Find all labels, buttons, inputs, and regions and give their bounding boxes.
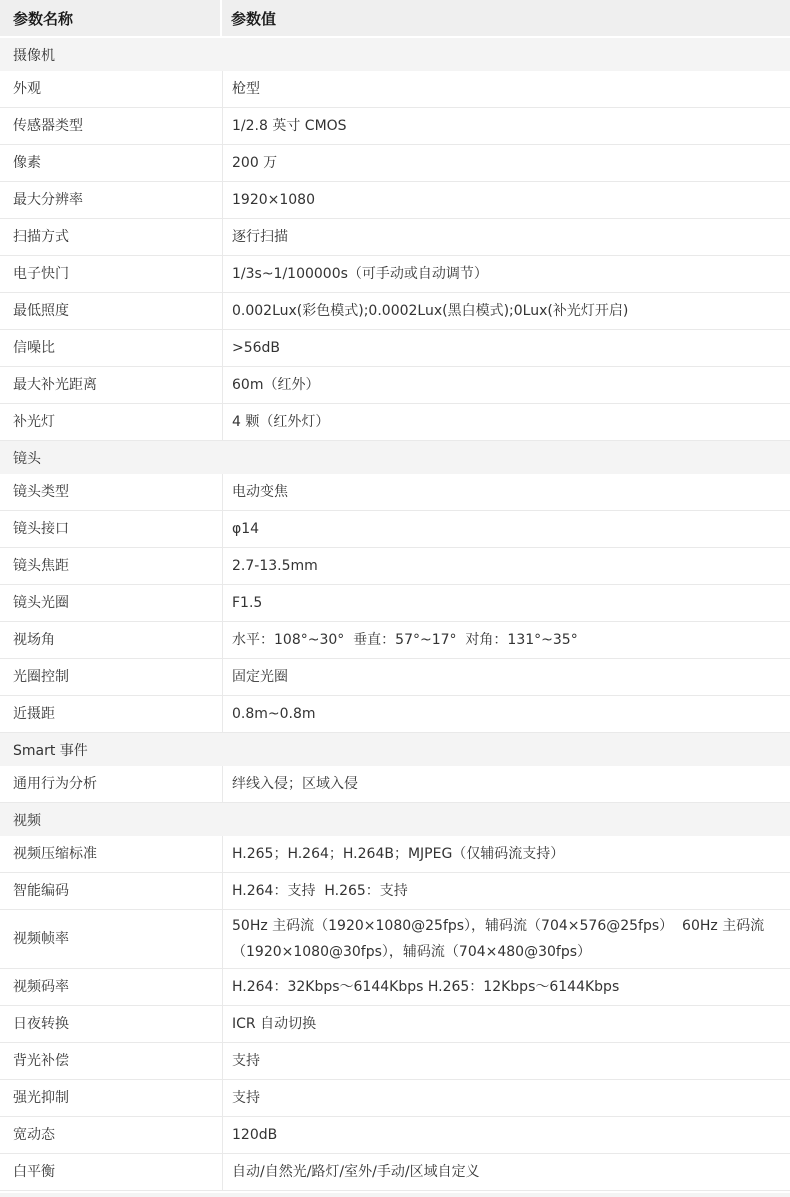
- table-row: 传感器类型1/2.8 英寸 CMOS: [0, 108, 790, 145]
- table-row: 信噪比>56dB: [0, 330, 790, 367]
- param-name-cell: 镜头类型: [0, 474, 222, 510]
- param-value-cell: 电动变焦: [222, 474, 790, 510]
- param-value-cell: H.264：32Kbps～6144Kbps H.265：12Kbps～6144K…: [222, 969, 790, 1005]
- table-body: 摄像机外观枪型传感器类型1/2.8 英寸 CMOS像素200 万最大分辨率192…: [0, 38, 790, 1191]
- param-name-cell: 信噪比: [0, 330, 222, 366]
- param-name-cell: 最低照度: [0, 293, 222, 329]
- param-value-cell: φ14: [222, 511, 790, 547]
- column-header-param-value: 参数值: [222, 0, 790, 36]
- param-name-cell: 视频码率: [0, 969, 222, 1005]
- table-row: 最低照度0.002Lux(彩色模式);0.0002Lux(黑白模式);0Lux(…: [0, 293, 790, 330]
- table-row: 视频码率H.264：32Kbps～6144Kbps H.265：12Kbps～6…: [0, 969, 790, 1006]
- column-header-param-name: 参数名称: [0, 0, 220, 36]
- param-value-cell: 0.8m~0.8m: [222, 696, 790, 732]
- param-name-cell: 外观: [0, 71, 222, 107]
- param-name-cell: 补光灯: [0, 404, 222, 440]
- param-value-cell: 自动/自然光/路灯/室外/手动/区域自定义: [222, 1154, 790, 1190]
- table-row: 视频帧率50Hz 主码流（1920×1080@25fps），辅码流（704×57…: [0, 910, 790, 969]
- param-name-cell: 光圈控制: [0, 659, 222, 695]
- param-value-cell: 1/3s~1/100000s（可手动或自动调节）: [222, 256, 790, 292]
- param-value-cell: 1/2.8 英寸 CMOS: [222, 108, 790, 144]
- param-value-cell: 支持: [222, 1043, 790, 1079]
- param-name-cell: 视频压缩标准: [0, 836, 222, 872]
- param-value-cell: H.264：支持 H.265：支持: [222, 873, 790, 909]
- table-row: 视场角水平：108°~30° 垂直：57°~17° 对角：131°~35°: [0, 622, 790, 659]
- param-value-cell: 50Hz 主码流（1920×1080@25fps），辅码流（704×576@25…: [222, 910, 790, 968]
- param-name-cell: 最大补光距离: [0, 367, 222, 403]
- table-header-row: 参数名称 参数值: [0, 0, 790, 36]
- table-row: 电子快门1/3s~1/100000s（可手动或自动调节）: [0, 256, 790, 293]
- table-row: 最大补光距离60m（红外）: [0, 367, 790, 404]
- table-row: 镜头光圈F1.5: [0, 585, 790, 622]
- table-row: 扫描方式逐行扫描: [0, 219, 790, 256]
- param-value-cell: 逐行扫描: [222, 219, 790, 255]
- param-name-cell: 镜头接口: [0, 511, 222, 547]
- param-value-cell: 枪型: [222, 71, 790, 107]
- param-value-cell: 固定光圈: [222, 659, 790, 695]
- param-value-cell: ICR 自动切换: [222, 1006, 790, 1042]
- table-row: 背光补偿支持: [0, 1043, 790, 1080]
- param-value-cell: 120dB: [222, 1117, 790, 1153]
- table-row: 像素200 万: [0, 145, 790, 182]
- param-name-cell: 近摄距: [0, 696, 222, 732]
- param-value-cell: 4 颗（红外灯）: [222, 404, 790, 440]
- table-row: 光圈控制固定光圈: [0, 659, 790, 696]
- table-row: 外观枪型: [0, 71, 790, 108]
- spec-table: 参数名称 参数值 摄像机外观枪型传感器类型1/2.8 英寸 CMOS像素200 …: [0, 0, 790, 1197]
- table-row: 智能编码H.264：支持 H.265：支持: [0, 873, 790, 910]
- param-name-cell: 日夜转换: [0, 1006, 222, 1042]
- param-value-cell: 1920×1080: [222, 182, 790, 218]
- param-value-cell: 60m（红外）: [222, 367, 790, 403]
- param-name-cell: 最大分辨率: [0, 182, 222, 218]
- table-row: 镜头类型电动变焦: [0, 474, 790, 511]
- section-header: 摄像机: [0, 38, 790, 71]
- param-name-cell: 宽动态: [0, 1117, 222, 1153]
- table-row: 镜头接口φ14: [0, 511, 790, 548]
- section-header: 镜头: [0, 441, 790, 474]
- truncated-next-section-band: [0, 1193, 790, 1197]
- param-name-cell: 背光补偿: [0, 1043, 222, 1079]
- table-row: 通用行为分析绊线入侵；区域入侵: [0, 766, 790, 803]
- param-value-cell: >56dB: [222, 330, 790, 366]
- param-name-cell: 扫描方式: [0, 219, 222, 255]
- param-value-cell: 支持: [222, 1080, 790, 1116]
- table-row: 镜头焦距2.7-13.5mm: [0, 548, 790, 585]
- param-value-cell: 水平：108°~30° 垂直：57°~17° 对角：131°~35°: [222, 622, 790, 658]
- param-value-cell: H.265；H.264；H.264B；MJPEG（仅辅码流支持）: [222, 836, 790, 872]
- param-name-cell: 通用行为分析: [0, 766, 222, 802]
- section-header: Smart 事件: [0, 733, 790, 766]
- param-name-cell: 镜头焦距: [0, 548, 222, 584]
- param-name-cell: 像素: [0, 145, 222, 181]
- table-row: 近摄距0.8m~0.8m: [0, 696, 790, 733]
- table-row: 宽动态120dB: [0, 1117, 790, 1154]
- table-row: 补光灯4 颗（红外灯）: [0, 404, 790, 441]
- param-name-cell: 白平衡: [0, 1154, 222, 1190]
- param-value-cell: 绊线入侵；区域入侵: [222, 766, 790, 802]
- param-name-cell: 强光抑制: [0, 1080, 222, 1116]
- param-name-cell: 镜头光圈: [0, 585, 222, 621]
- table-row: 白平衡自动/自然光/路灯/室外/手动/区域自定义: [0, 1154, 790, 1191]
- section-header: 视频: [0, 803, 790, 836]
- param-name-cell: 电子快门: [0, 256, 222, 292]
- param-value-cell: 200 万: [222, 145, 790, 181]
- param-value-cell: 2.7-13.5mm: [222, 548, 790, 584]
- table-row: 日夜转换ICR 自动切换: [0, 1006, 790, 1043]
- table-row: 视频压缩标准H.265；H.264；H.264B；MJPEG（仅辅码流支持）: [0, 836, 790, 873]
- table-row: 强光抑制支持: [0, 1080, 790, 1117]
- param-name-cell: 视场角: [0, 622, 222, 658]
- param-name-cell: 传感器类型: [0, 108, 222, 144]
- table-row: 最大分辨率1920×1080: [0, 182, 790, 219]
- param-name-cell: 智能编码: [0, 873, 222, 909]
- param-name-cell: 视频帧率: [0, 910, 222, 968]
- param-value-cell: 0.002Lux(彩色模式);0.0002Lux(黑白模式);0Lux(补光灯开…: [222, 293, 790, 329]
- param-value-cell: F1.5: [222, 585, 790, 621]
